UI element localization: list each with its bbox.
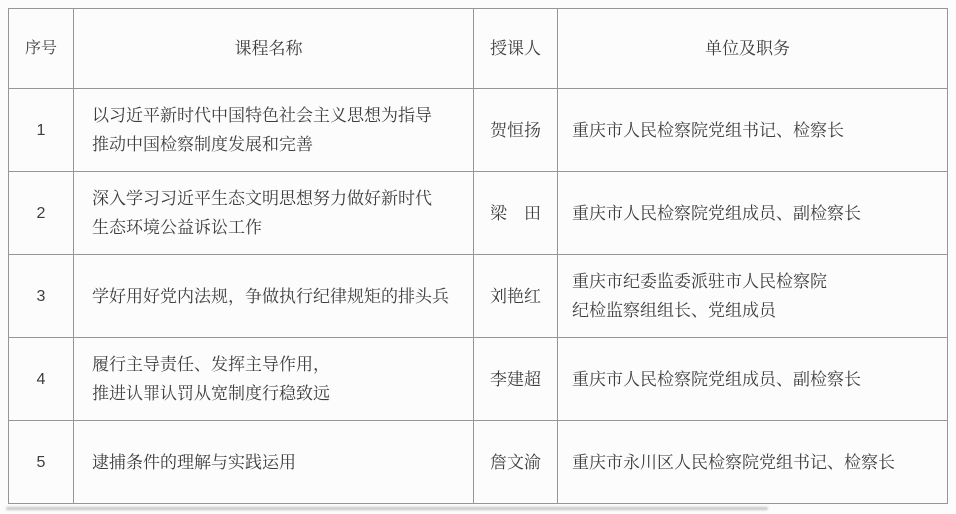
lecturer-name: 詹文渝 bbox=[474, 421, 558, 504]
course-name-cell: 以习近平新时代中国特色社会主义思想为指导推动中国检察制度发展和完善 bbox=[74, 89, 474, 172]
course-name-cell: 逮捕条件的理解与实践运用 bbox=[74, 421, 474, 504]
unit-title-cell: 重庆市永川区人民检察院党组书记、检察长 bbox=[558, 421, 948, 504]
course-name-cell: 学好用好党内法规，争做执行纪律规矩的排头兵 bbox=[74, 255, 474, 338]
course-name-cell: 深入学习习近平生态文明思想努力做好新时代生态环境公益诉讼工作 bbox=[74, 172, 474, 255]
course-name-line: 逮捕条件的理解与实践运用 bbox=[92, 448, 296, 477]
table-shadow bbox=[6, 507, 768, 510]
table-row: 3 学好用好党内法规，争做执行纪律规矩的排头兵 刘艳红 重庆市纪委监委派驻市人民… bbox=[9, 255, 948, 338]
header-unit-title: 单位及职务 bbox=[558, 9, 948, 89]
course-name-cell: 履行主导责任、发挥主导作用，推进认罪认罚从宽制度行稳致远 bbox=[74, 338, 474, 421]
table-header-row: 序号 课程名称 授课人 单位及职务 bbox=[9, 9, 948, 89]
table-row: 4 履行主导责任、发挥主导作用，推进认罪认罚从宽制度行稳致远 李建超 重庆市人民… bbox=[9, 338, 948, 421]
unit-title-line: 重庆市永川区人民检察院党组书记、检察长 bbox=[572, 448, 895, 477]
course-name-line: 以习近平新时代中国特色社会主义思想为指导 bbox=[92, 101, 432, 130]
unit-title-cell: 重庆市纪委监委派驻市人民检察院纪检监察组组长、党组成员 bbox=[558, 255, 948, 338]
table-row: 2 深入学习习近平生态文明思想努力做好新时代生态环境公益诉讼工作 梁 田 重庆市… bbox=[9, 172, 948, 255]
unit-title-line: 重庆市人民检察院党组成员、副检察长 bbox=[572, 199, 861, 228]
lecturer-name: 贺恒扬 bbox=[474, 89, 558, 172]
lecturer-name: 梁 田 bbox=[474, 172, 558, 255]
header-index: 序号 bbox=[9, 9, 74, 89]
row-index: 3 bbox=[9, 255, 74, 338]
unit-title-cell: 重庆市人民检察院党组成员、副检察长 bbox=[558, 338, 948, 421]
lecturer-name: 刘艳红 bbox=[474, 255, 558, 338]
unit-title-line: 重庆市人民检察院党组书记、检察长 bbox=[572, 116, 844, 145]
table-row: 1 以习近平新时代中国特色社会主义思想为指导推动中国检察制度发展和完善 贺恒扬 … bbox=[9, 89, 948, 172]
header-course-name: 课程名称 bbox=[74, 9, 474, 89]
table-body: 1 以习近平新时代中国特色社会主义思想为指导推动中国检察制度发展和完善 贺恒扬 … bbox=[9, 89, 948, 504]
course-name-line: 学好用好党内法规，争做执行纪律规矩的排头兵 bbox=[92, 282, 449, 311]
course-name-line: 生态环境公益诉讼工作 bbox=[92, 213, 262, 242]
row-index: 5 bbox=[9, 421, 74, 504]
header-lecturer: 授课人 bbox=[474, 9, 558, 89]
unit-title-cell: 重庆市人民检察院党组书记、检察长 bbox=[558, 89, 948, 172]
unit-title-cell: 重庆市人民检察院党组成员、副检察长 bbox=[558, 172, 948, 255]
row-index: 1 bbox=[9, 89, 74, 172]
unit-title-line: 重庆市人民检察院党组成员、副检察长 bbox=[572, 365, 861, 394]
unit-title-line: 纪检监察组组长、党组成员 bbox=[572, 296, 776, 325]
row-index: 4 bbox=[9, 338, 74, 421]
lecturer-name: 李建超 bbox=[474, 338, 558, 421]
row-index: 2 bbox=[9, 172, 74, 255]
table-row: 5 逮捕条件的理解与实践运用 詹文渝 重庆市永川区人民检察院党组书记、检察长 bbox=[9, 421, 948, 504]
course-name-line: 履行主导责任、发挥主导作用， bbox=[92, 350, 330, 379]
course-name-line: 深入学习习近平生态文明思想努力做好新时代 bbox=[92, 184, 432, 213]
course-name-line: 推动中国检察制度发展和完善 bbox=[92, 130, 313, 159]
course-table: 序号 课程名称 授课人 单位及职务 1 以习近平新时代中国特色社会主义思想为指导… bbox=[8, 8, 948, 504]
course-name-line: 推进认罪认罚从宽制度行稳致远 bbox=[92, 379, 330, 408]
unit-title-line: 重庆市纪委监委派驻市人民检察院 bbox=[572, 267, 827, 296]
